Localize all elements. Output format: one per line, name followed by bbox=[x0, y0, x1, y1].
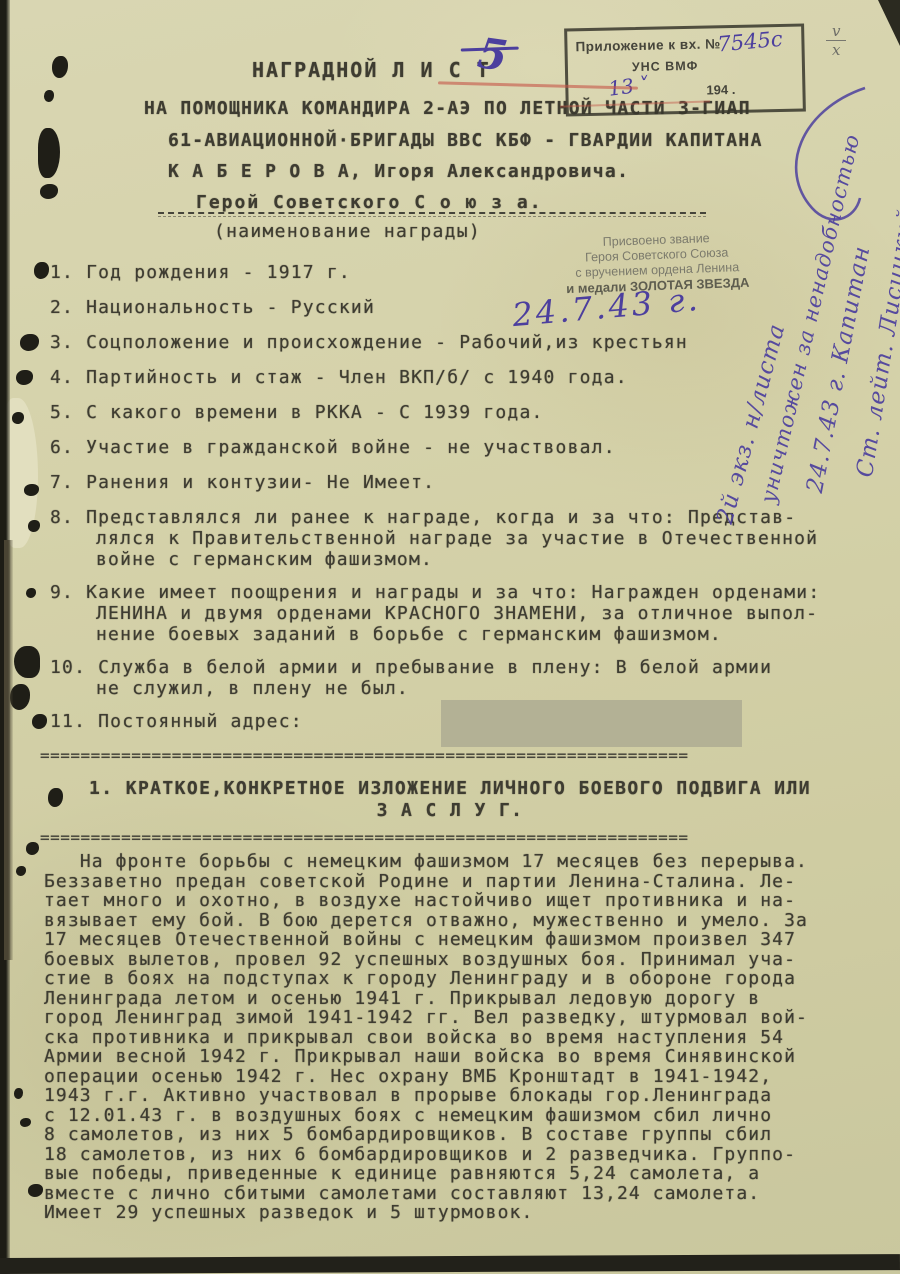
paper-hole bbox=[28, 520, 40, 532]
paper-hole bbox=[16, 370, 33, 385]
paper-hole bbox=[10, 684, 30, 710]
subtitle-line-3: К А Б Е Р О В А, Игоря Александровича. bbox=[168, 161, 629, 182]
entry-stamp-year: 194 . bbox=[706, 82, 735, 98]
paper-hole bbox=[16, 866, 26, 876]
paper-hole bbox=[14, 646, 40, 678]
paper-hole bbox=[26, 588, 36, 598]
paper-hole bbox=[26, 842, 39, 855]
paper-hole bbox=[38, 128, 60, 178]
scan-edge-left-brown bbox=[4, 540, 13, 960]
entry-stamp-line1: Приложение к вх. № bbox=[575, 36, 720, 54]
paper-hole bbox=[44, 90, 54, 102]
separator-line-top: ========================================… bbox=[40, 746, 870, 765]
paper-hole bbox=[14, 1088, 23, 1099]
item-nationality: 2. Национальность - Русский bbox=[50, 297, 870, 318]
paper-hole bbox=[20, 1118, 31, 1127]
corner-pencil-mark-bottom: х bbox=[832, 41, 840, 59]
redacted-address-box bbox=[441, 700, 742, 747]
award-caption: (наименование награды) bbox=[214, 221, 481, 242]
paper-hole bbox=[40, 184, 58, 199]
award-name-underline bbox=[158, 212, 706, 214]
paper-hole bbox=[34, 262, 49, 279]
paper-hole bbox=[32, 714, 47, 729]
item-white-army: 10. Служба в белой армии и пребывание в … bbox=[50, 657, 870, 699]
paper-hole bbox=[28, 1184, 43, 1197]
paper-hole bbox=[52, 56, 68, 78]
corner-pencil-mark-top: v bbox=[826, 22, 846, 41]
award-name: Герой Советского С о ю з а. bbox=[196, 192, 543, 213]
questionnaire-items: 1. Год рождения - 1917 г. 2. Национально… bbox=[50, 262, 870, 746]
signature-flourish-curve bbox=[760, 80, 890, 240]
award-name-underline-2 bbox=[158, 216, 706, 217]
entry-stamp-number-handwritten: 7545с bbox=[716, 27, 783, 57]
subtitle-line-2: 61-АВИАЦИОННОЙ·БРИГАДЫ ВВС КБФ - ГВАРДИИ… bbox=[168, 130, 763, 151]
scan-edge-top-right-corner bbox=[878, 0, 900, 46]
section-header: 1. КРАТКОЕ,КОНКРЕТНОЕ ИЗЛОЖЕНИЕ ЛИЧНОГО … bbox=[40, 778, 860, 822]
item-existing-awards: 9. Какие имеет поощрения и награды и за … bbox=[50, 582, 870, 645]
item-prior-nominations: 8. Представлялся ли ранее к награде, ког… bbox=[50, 507, 870, 570]
item-social-origin: 3. Соцположение и происхождение - Рабочи… bbox=[50, 332, 870, 353]
separator-line-bottom: ========================================… bbox=[40, 828, 870, 847]
scanned-award-document: НАГРАДНОЙ Л И С Т НА ПОМОЩНИКА КОМАНДИРА… bbox=[0, 0, 900, 1274]
document-title: НАГРАДНОЙ Л И С Т bbox=[252, 58, 491, 82]
page-number-mark: 5 bbox=[475, 28, 511, 81]
paper-hole bbox=[20, 334, 39, 351]
combat-merit-narrative: На фронте борьбы с немецким фашизмом 17 … bbox=[44, 852, 874, 1223]
corner-pencil-mark: v х bbox=[826, 22, 846, 59]
scan-edge-bottom bbox=[0, 1254, 900, 1274]
page-number-mark-text: 5 bbox=[475, 28, 511, 81]
